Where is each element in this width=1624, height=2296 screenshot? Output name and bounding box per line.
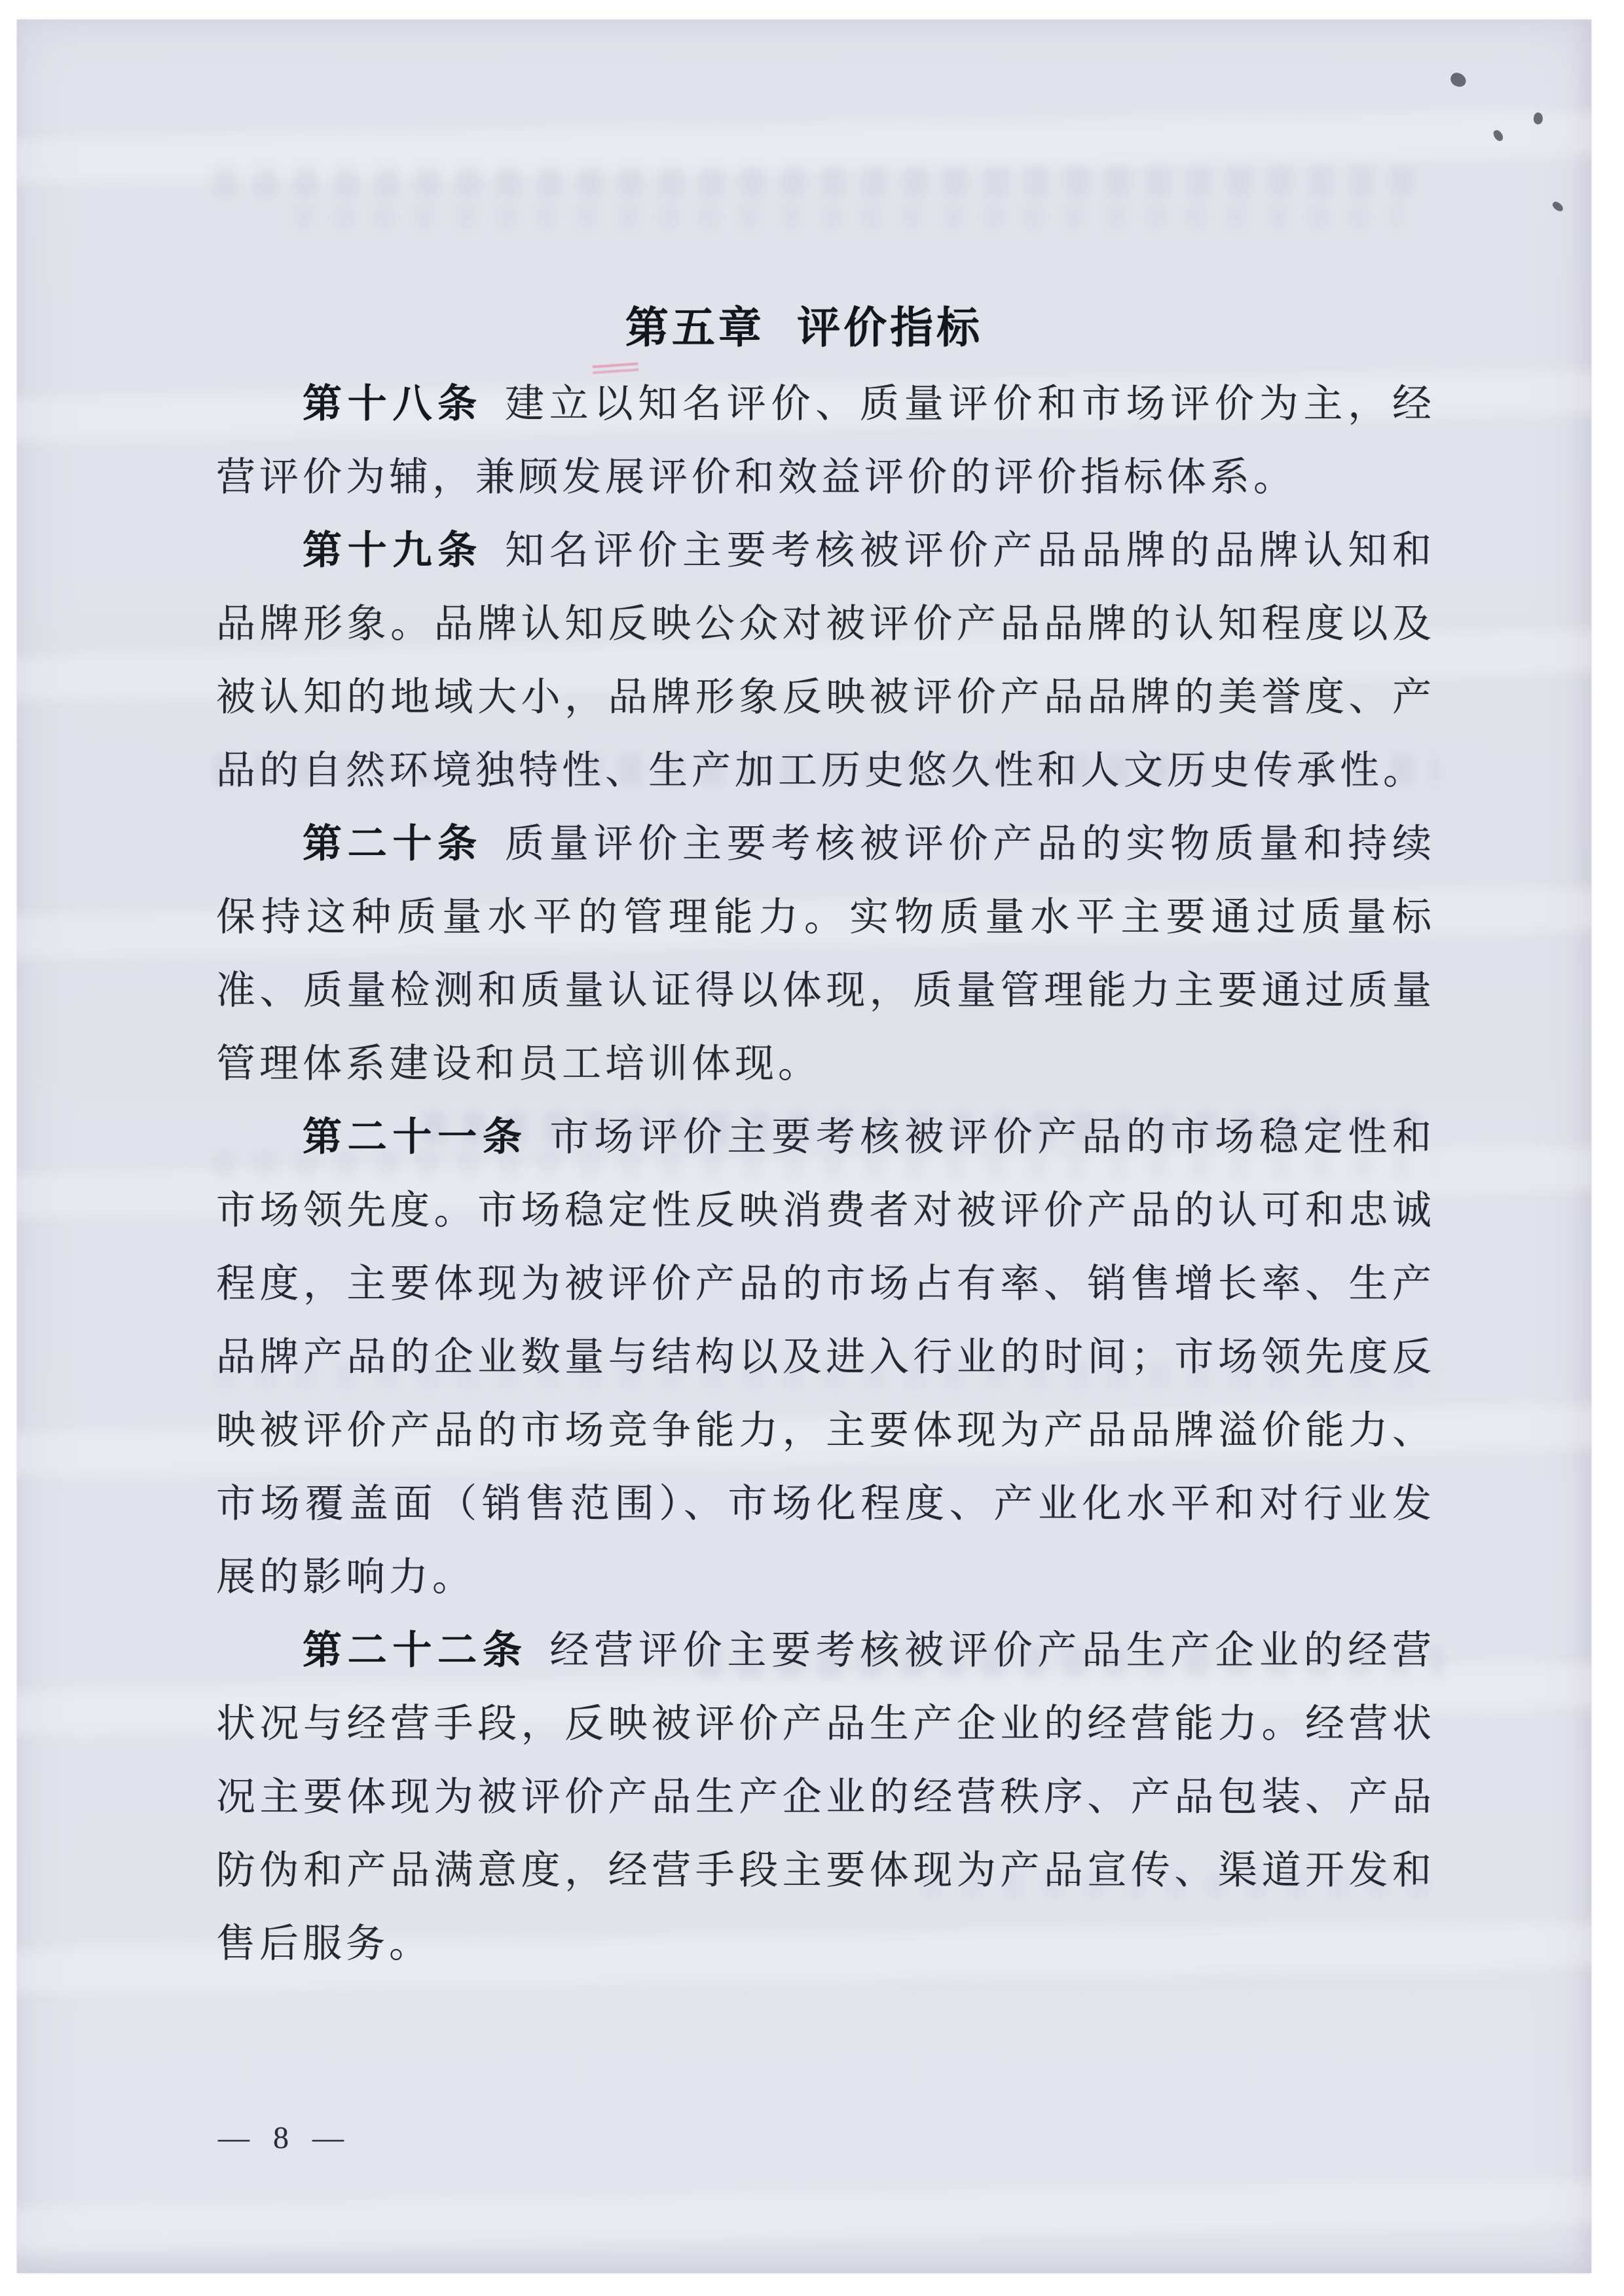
article-paragraph: 第十八条建立以知名评价、质量评价和市场评价为主，经营评价为辅，兼顾发展评价和效益… bbox=[216, 367, 1435, 514]
page-number: — 8 — bbox=[218, 2119, 352, 2158]
article-text: 经营评价主要考核被评价产品生产企业的经营状况与经营手段，反映被评价产品生产企业的… bbox=[216, 1629, 1435, 1965]
article-number: 第十八条 bbox=[303, 382, 483, 426]
article-paragraph: 第二十二条经营评价主要考核被评价产品生产企业的经营状况与经营手段，反映被评价产品… bbox=[216, 1614, 1435, 1980]
article-number: 第二十条 bbox=[303, 822, 483, 866]
paper-sheet: 第五章 评价指标 第十八条建立以知名评价、质量评价和市场评价为主，经营评价为辅，… bbox=[17, 20, 1591, 2273]
article-paragraph: 第十九条知名评价主要考核被评价产品品牌的品牌认知和品牌形象。品牌认知反映公众对被… bbox=[216, 514, 1435, 807]
bleedthrough-ghost-row bbox=[292, 203, 1405, 229]
article-number: 第十九条 bbox=[303, 528, 483, 572]
ink-speck bbox=[1551, 200, 1564, 213]
article-list: 第十八条建立以知名评价、质量评价和市场评价为主，经营评价为辅，兼顾发展评价和效益… bbox=[216, 367, 1435, 1980]
bleedthrough-ghost-row bbox=[213, 167, 1425, 197]
ink-speck bbox=[1492, 128, 1504, 143]
chapter-title: 第五章 评价指标 bbox=[17, 302, 1591, 353]
scanned-page: 第五章 评价指标 第十八条建立以知名评价、质量评价和市场评价为主，经营评价为辅，… bbox=[0, 0, 1624, 2296]
ink-speck bbox=[1533, 112, 1544, 125]
ink-speck bbox=[1449, 71, 1467, 88]
article-paragraph: 第二十条质量评价主要考核被评价产品的实物质量和持续保持这种质量水平的管理能力。实… bbox=[216, 807, 1435, 1101]
article-number: 第二十一条 bbox=[303, 1115, 528, 1159]
article-text: 市场评价主要考核被评价产品的市场稳定性和市场领先度。市场稳定性反映消费者对被评价… bbox=[216, 1116, 1435, 1599]
article-paragraph: 第二十一条市场评价主要考核被评价产品的市场稳定性和市场领先度。市场稳定性反映消费… bbox=[216, 1101, 1435, 1614]
article-number: 第二十二条 bbox=[303, 1628, 528, 1672]
